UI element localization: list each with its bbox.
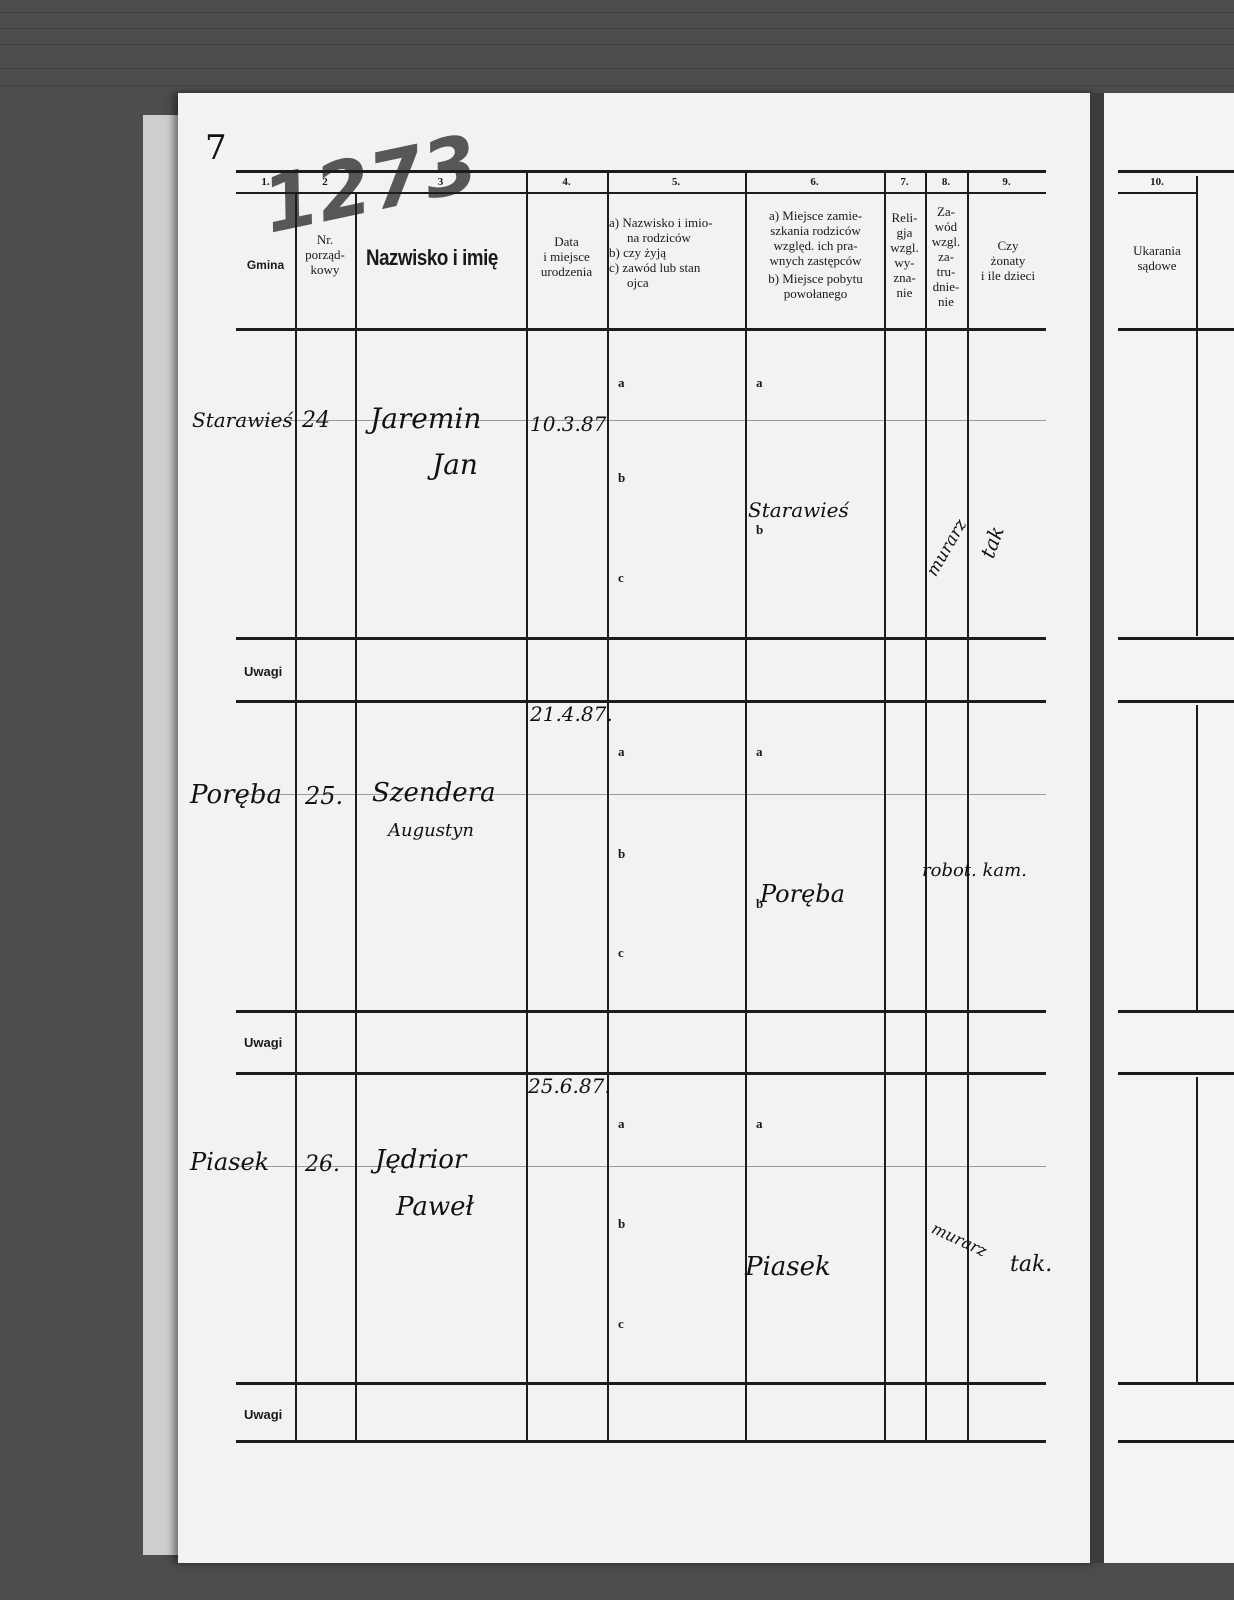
- col-num-2: 2: [295, 176, 355, 188]
- col-rule-3: [526, 172, 528, 1440]
- col-rule-4: [607, 172, 609, 1440]
- record-3-given-name: Paweł: [396, 1192, 474, 1222]
- col-rule-6: [884, 172, 886, 1440]
- col-num-7: 7.: [884, 176, 925, 188]
- page-number: 7: [205, 128, 227, 168]
- record-2-residence: Poręba: [760, 880, 845, 908]
- record-1-remarks-label: Uwagi: [244, 664, 282, 679]
- record-2-nr: 25.: [305, 782, 343, 810]
- record-2-given-name: Augustyn: [388, 820, 474, 841]
- record-3-gmina: Piasek: [190, 1148, 269, 1176]
- col-num-8: 8.: [925, 176, 967, 188]
- register-page: [178, 93, 1098, 1563]
- record-3-residence: Piasek: [745, 1252, 831, 1282]
- record-1-nr: 24: [302, 408, 330, 433]
- record-2-surname: Szendera: [372, 778, 496, 808]
- facing-page: [1104, 93, 1234, 1563]
- record-3-remarks-label: Uwagi: [244, 1407, 282, 1422]
- record-1-birth-date: 10.3.87: [530, 412, 606, 436]
- record-3-married: tak.: [1010, 1252, 1052, 1277]
- col-num-9: 9.: [967, 176, 1046, 188]
- col-num-10: 10.: [1118, 176, 1196, 188]
- col-num-1: 1.: [236, 176, 295, 188]
- col-rule-1: [295, 192, 297, 1440]
- record-3-surname: Jędrior: [375, 1145, 466, 1175]
- header-convictions: Ukarania sądowe: [1118, 243, 1196, 273]
- header-gmina: Gmina: [236, 258, 295, 273]
- record-2-birth-date: 21.4.87.: [530, 702, 613, 726]
- record-2-remarks-label: Uwagi: [244, 1035, 282, 1050]
- header-parents: a) Nazwisko i imio- na rodziców b) czy ż…: [609, 215, 745, 290]
- record-1-residence: Starawieś: [748, 498, 849, 522]
- table-bottom-rule: [236, 1440, 1046, 1443]
- col-num-3: 3: [355, 176, 526, 188]
- record-3-nr: 26.: [305, 1152, 340, 1177]
- header-birth: Data i miejsce urodzenia: [526, 234, 607, 279]
- col-rule-7: [925, 172, 927, 1440]
- col-num-6: 6.: [745, 176, 884, 188]
- header-nr: Nr. porząd- kowy: [295, 232, 355, 277]
- record-1-given-name: Jan: [432, 448, 478, 481]
- header-occupation: Za- wód wzgl. za- tru- dnie- nie: [925, 204, 967, 309]
- record-1-surname: Jaremin: [370, 402, 481, 435]
- header-name: Nazwisko i imię: [366, 245, 536, 271]
- record-2-gmina: Poręba: [190, 780, 282, 810]
- header-married: Czy żonaty i ile dzieci: [967, 238, 1049, 283]
- col-num-4: 4.: [526, 176, 607, 188]
- record-1-gmina: Starawieś: [192, 408, 293, 432]
- col-rule-2: [355, 192, 357, 1440]
- header-religion: Reli- gja wzgl. wy- zna- nie: [884, 210, 925, 300]
- col-num-5: 5.: [607, 176, 745, 188]
- col-rule-5: [745, 172, 747, 1440]
- header-residence: a) Miejsce zamie- szkania rodziców wzglę…: [747, 208, 884, 301]
- record-2-occupation: robot. kam.: [922, 860, 1027, 881]
- record-3-birth-date: 25.6.87.: [528, 1074, 611, 1098]
- book-gutter: [1090, 93, 1104, 1563]
